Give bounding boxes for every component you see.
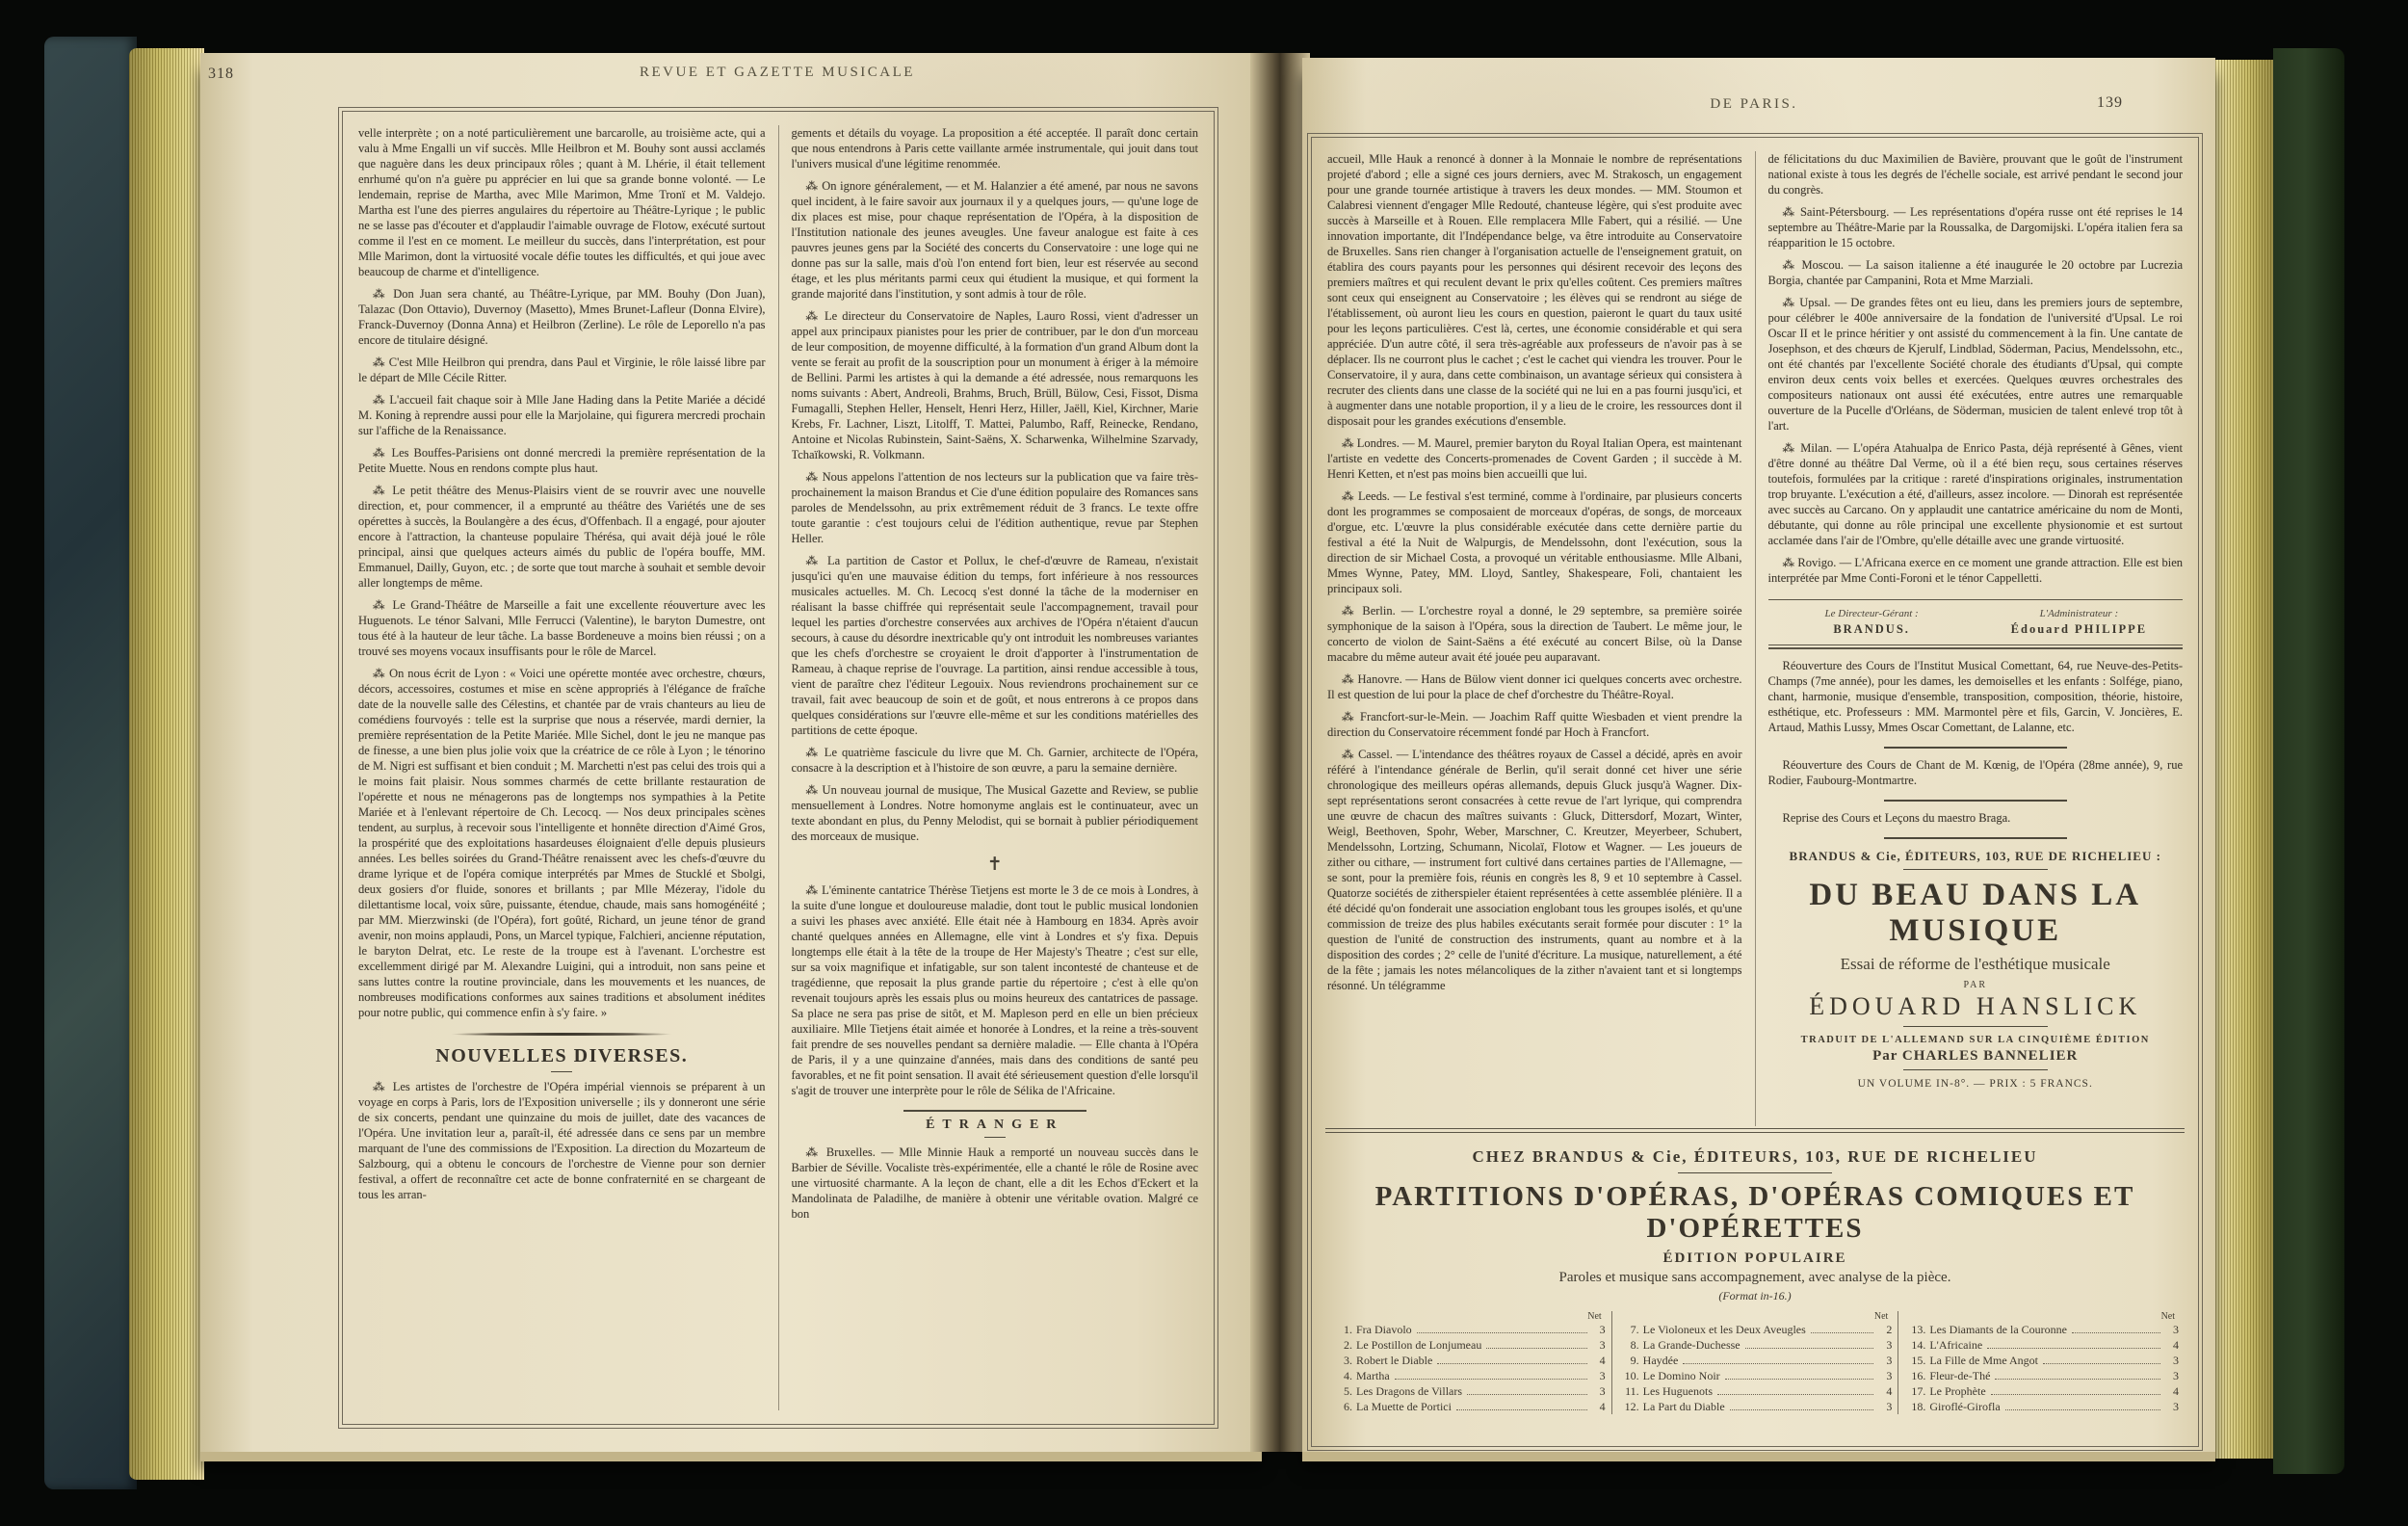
masthead-block: Le Directeur-Gérant : BRANDUS. L'Adminis… (1768, 599, 2184, 637)
net-price-header: Net (1618, 1311, 1893, 1322)
book-ad-translator: Par CHARLES BANNELIER (1768, 1048, 2184, 1065)
news-paragraph-list: ⁂ Don Juan sera chanté, au Théâtre-Lyriq… (358, 286, 766, 1020)
print-frame-right: accueil, Mlle Hauk a renoncé à donner à … (1311, 137, 2199, 1447)
catalog-row: 9. Haydée 3 (1618, 1353, 1893, 1368)
book-ad-author: ÉDOUARD HANSLICK (1768, 992, 2184, 1021)
catalog-item-title: La Fille de Mme Angot (1929, 1353, 2038, 1368)
administrator-name: Édouard PHILIPPE (1976, 622, 2183, 637)
column-divider-rule (778, 125, 779, 1410)
divider-rule (903, 1110, 1086, 1112)
news-paragraph: ⁂ Upsal. — De grandes fêtes ont eu lieu,… (1768, 295, 2184, 434)
dot-leader (1417, 1332, 1587, 1333)
catalog-column-1: Net 1. Fra Diavolo 3 (1325, 1311, 1611, 1414)
dot-leader (1730, 1409, 1874, 1410)
dot-leader (1395, 1379, 1587, 1380)
masthead-bottom-rule (1768, 645, 2184, 649)
catalog-item-price: 4 (2165, 1337, 2179, 1353)
catalog-header: CHEZ BRANDUS & Cie, ÉDITEURS, 103, RUE D… (1325, 1147, 2185, 1167)
news-paragraph: ⁂ Londres. — M. Maurel, premier baryton … (1327, 435, 1742, 482)
dot-leader (1683, 1363, 1873, 1364)
book-ad-translation-line: TRADUIT DE L'ALLEMAND SUR LA CINQUIÈME É… (1768, 1035, 2184, 1045)
dot-leader (1437, 1363, 1586, 1364)
book-ad-title: DU BEAU DANS LA MUSIQUE (1768, 878, 2184, 949)
net-price-header: Net (1331, 1311, 1606, 1322)
continuation-paragraph: gements et détails du voyage. La proposi… (792, 125, 1199, 171)
catalog-item-price: 3 (1878, 1399, 1892, 1414)
catalog-row: 15. La Fille de Mme Angot 3 (1904, 1353, 2179, 1368)
catalog-item-price: 3 (1592, 1337, 1606, 1353)
right-page-column-2: de félicitations du duc Maximilien de Ba… (1768, 151, 2184, 1126)
catalog-item-number: 11. (1618, 1383, 1639, 1399)
catalog-item-title: Le Prophète (1929, 1383, 1985, 1399)
catalog-rows: 7. Le Violoneux et les Deux Aveugles 2 8… (1618, 1322, 1893, 1414)
news-paragraph: ⁂ Francfort-sur-le-Mein. — Joachim Raff … (1327, 709, 1742, 740)
catalog-title: PARTITIONS D'OPÉRAS, D'OPÉRAS COMIQUES E… (1325, 1181, 2185, 1245)
course-notices-list: Réouverture des Cours de l'Institut Musi… (1768, 658, 2184, 839)
news-paragraph: ⁂ C'est Mlle Heilbron qui prendra, dans … (358, 355, 766, 385)
news-paragraph: ⁂ Rovigo. — L'Africana exerce en ce mome… (1768, 555, 2184, 586)
catalog-item-number: 15. (1904, 1353, 1925, 1368)
scanned-book-spread: 318 REVUE ET GAZETTE MUSICALE velle inte… (0, 0, 2408, 1526)
catalog-item-price: 3 (2165, 1353, 2179, 1368)
news-paragraph-list: ⁂ Bruxelles. — Mlle Minnie Hauk a rempor… (792, 1144, 1199, 1222)
catalog-item-price: 4 (1592, 1399, 1606, 1414)
news-paragraph: ⁂ On nous écrit de Lyon : « Voici une op… (358, 666, 766, 1020)
catalog-row: 16. Fleur-de-Thé 3 (1904, 1368, 2179, 1383)
news-paragraph: ⁂ Le Grand-Théâtre de Marseille a fait u… (358, 597, 766, 659)
news-paragraph: ⁂ Bruxelles. — Mlle Minnie Hauk a rempor… (792, 1144, 1199, 1222)
catalog-item-price: 3 (1878, 1353, 1892, 1368)
section-heading-nouvelles-diverses: NOUVELLES DIVERSES. (358, 1045, 766, 1067)
news-paragraph: ⁂ Moscou. — La saison italienne a été in… (1768, 257, 2184, 288)
catalog-item-number: 13. (1904, 1322, 1925, 1337)
catalog-item-title: Le Postillon de Lonjumeau (1356, 1337, 1481, 1353)
dot-leader (1717, 1394, 1873, 1395)
catalog-row: 18. Giroflé-Girofla 3 (1904, 1399, 2179, 1414)
catalog-item-title: Giroflé-Girofla (1929, 1399, 2000, 1414)
catalog-row: 10. Le Domino Noir 3 (1618, 1368, 1893, 1383)
catalog-item-title: Le Violoneux et les Deux Aveugles (1643, 1322, 1806, 1337)
publisher-line: BRANDUS & Cie, ÉDITEURS, 103, RUE DE RIC… (1768, 849, 2184, 864)
page-edges-left (129, 48, 204, 1480)
catalog-item-price: 4 (1878, 1383, 1892, 1399)
obituary-paragraph-list: ⁂ L'éminente cantatrice Thérèse Tietjens… (792, 882, 1199, 1098)
catalog-item-price: 3 (1592, 1383, 1606, 1399)
catalog-item-title: Les Huguenots (1643, 1383, 1713, 1399)
catalog-item-title: La Muette de Portici (1356, 1399, 1452, 1414)
catalog-item-number: 4. (1331, 1368, 1352, 1383)
catalog-row: 4. Martha 3 (1331, 1368, 1606, 1383)
catalog-item-title: Fleur-de-Thé (1929, 1368, 1990, 1383)
dot-leader (1467, 1394, 1587, 1395)
running-title-left: REVUE ET GAZETTE MUSICALE (342, 65, 1213, 81)
news-paragraph: ⁂ Berlin. — L'orchestre royal a donné, l… (1327, 603, 1742, 665)
course-notice-text: Réouverture des Cours de l'Institut Musi… (1768, 658, 2184, 735)
dot-leader (1456, 1409, 1587, 1410)
ad-rule (1903, 869, 2048, 870)
catalog-row: 13. Les Diamants de la Couronne 3 (1904, 1322, 2179, 1337)
catalog-item-number: 6. (1331, 1399, 1352, 1414)
catalog-row: 12. La Part du Diable 3 (1618, 1399, 1893, 1414)
dot-leader (1987, 1348, 2160, 1349)
right-page-columns: accueil, Mlle Hauk a renoncé à donner à … (1327, 151, 2183, 1126)
left-page-column-1: velle interprète ; on a noté particulièr… (358, 125, 766, 1410)
masthead-administrator: L'Administrateur : Édouard PHILIPPE (1976, 608, 2183, 637)
news-paragraph: ⁂ Hanovre. — Hans de Bülow vient donner … (1327, 671, 1742, 702)
divider-rule (1884, 800, 2067, 802)
section-heading-etranger: ÉTRANGER (792, 1118, 1199, 1133)
continuation-paragraph: de félicitations du duc Maximilien de Ba… (1768, 151, 2184, 197)
catalog-item-number: 2. (1331, 1337, 1352, 1353)
catalog-item-number: 9. (1618, 1353, 1639, 1368)
catalog-subtitle: Paroles et musique sans accompagnement, … (1325, 1270, 2185, 1286)
news-paragraph: ⁂ Un nouveau journal de musique, The Mus… (792, 782, 1199, 844)
double-rule-above-catalog (1325, 1128, 2185, 1133)
catalog-item-number: 3. (1331, 1353, 1352, 1368)
dot-leader (1811, 1332, 1874, 1333)
course-notice-text: Reprise des Cours et Leçons du maestro B… (1768, 810, 2184, 826)
director-name: BRANDUS. (1768, 622, 1976, 637)
news-paragraph: ⁂ Leeds. — Le festival s'est terminé, co… (1327, 488, 1742, 596)
catalog-item-number: 10. (1618, 1368, 1639, 1383)
ad-rule (1903, 1026, 2048, 1027)
dot-leader (1486, 1348, 1586, 1349)
print-frame-left: velle interprète ; on a noté particulièr… (342, 111, 1215, 1425)
course-notice: Réouverture des Cours de Chant de M. Kœn… (1768, 757, 2184, 802)
left-page-columns: velle interprète ; on a noté particulièr… (358, 125, 1198, 1410)
dot-leader (1995, 1379, 2160, 1380)
column-divider-rule (1755, 151, 1756, 1126)
catalog-item-title: Fra Diavolo (1356, 1322, 1412, 1337)
administrator-label: L'Administrateur : (1976, 608, 2183, 619)
catalog-item-title: La Grande-Duchesse (1643, 1337, 1741, 1353)
catalog-item-price: 3 (1878, 1337, 1892, 1353)
catalog-row: 11. Les Huguenots 4 (1618, 1383, 1893, 1399)
continuation-paragraph: accueil, Mlle Hauk a renoncé à donner à … (1327, 151, 1742, 429)
heading-dash (984, 1137, 1006, 1138)
catalog-item-title: Martha (1356, 1368, 1390, 1383)
catalog-item-price: 3 (2165, 1399, 2179, 1414)
course-notice: Reprise des Cours et Leçons du maestro B… (1768, 810, 2184, 839)
catalog-item-number: 16. (1904, 1368, 1925, 1383)
obituary-cross-icon: ✝ (792, 854, 1199, 876)
dot-leader (2072, 1332, 2160, 1333)
page-edges-right (2215, 60, 2273, 1459)
page-number-right: 139 (2097, 94, 2123, 112)
news-paragraph: ⁂ L'accueil fait chaque soir à Mlle Jane… (358, 392, 766, 438)
director-label: Le Directeur-Gérant : (1768, 608, 1976, 619)
book-gutter-shadow (1250, 53, 1310, 1452)
catalog-item-price: 4 (2165, 1383, 2179, 1399)
catalog-column-3: Net 13. Les Diamants de la Couronne 3 (1898, 1311, 2185, 1414)
divider-rule (1884, 747, 2067, 749)
right-page: DE PARIS. 139 accueil, Mlle Hauk a renon… (1302, 58, 2215, 1452)
news-paragraph: ⁂ Don Juan sera chanté, au Théâtre-Lyriq… (358, 286, 766, 348)
obituary-paragraph: ⁂ L'éminente cantatrice Thérèse Tietjens… (792, 882, 1199, 1098)
catalog-item-title: Haydée (1643, 1353, 1679, 1368)
news-paragraph: ⁂ Le directeur du Conservatoire de Naple… (792, 308, 1199, 462)
news-paragraph-list: ⁂ Londres. — M. Maurel, premier baryton … (1327, 435, 1742, 993)
book-cover-left (44, 37, 137, 1489)
heading-dash (551, 1071, 572, 1072)
book-ad-par: PAR (1768, 980, 2184, 990)
catalog-item-number: 7. (1618, 1322, 1639, 1337)
catalog-rows: 13. Les Diamants de la Couronne 3 14. L'… (1904, 1322, 2179, 1414)
catalog-item-number: 18. (1904, 1399, 1925, 1414)
catalog-item-title: L'Africaine (1929, 1337, 1982, 1353)
catalog-item-price: 2 (1878, 1322, 1892, 1337)
catalog-item-price: 3 (2165, 1368, 2179, 1383)
dot-leader (2043, 1363, 2160, 1364)
dot-leader (1745, 1348, 1874, 1349)
catalog-row: 14. L'Africaine 4 (1904, 1337, 2179, 1353)
dot-leader (1725, 1379, 1874, 1380)
catalog-item-title: Les Dragons de Villars (1356, 1383, 1462, 1399)
dot-leader (2005, 1409, 2160, 1410)
catalog-item-price: 3 (1878, 1368, 1892, 1383)
ad-rule (1678, 1172, 1832, 1173)
catalog-row: 2. Le Postillon de Lonjumeau 3 (1331, 1337, 1606, 1353)
news-paragraph-list: ⁂ Saint-Pétersbourg. — Les représentatio… (1768, 204, 2184, 586)
catalog-row: 6. La Muette de Portici 4 (1331, 1399, 1606, 1414)
page-number-left: 318 (208, 66, 234, 83)
continuation-paragraph: velle interprète ; on a noté particulièr… (358, 125, 766, 279)
catalog-item-title: Robert le Diable (1356, 1353, 1432, 1368)
divider-rule (1884, 837, 2067, 839)
book-cover-right (2273, 48, 2344, 1474)
catalog-item-number: 17. (1904, 1383, 1925, 1399)
catalog-edition-line: ÉDITION POPULAIRE (1325, 1250, 2185, 1267)
dot-leader (1991, 1394, 2160, 1395)
left-page: 318 REVUE ET GAZETTE MUSICALE velle inte… (200, 53, 1262, 1452)
catalog-item-number: 14. (1904, 1337, 1925, 1353)
catalog-item-price: 4 (1592, 1353, 1606, 1368)
catalog-item-price: 3 (1592, 1368, 1606, 1383)
catalog-rows: 1. Fra Diavolo 3 2. Le Postillon de Lonj… (1331, 1322, 1606, 1414)
news-paragraph: ⁂ On ignore généralement, — et M. Halanz… (792, 178, 1199, 302)
news-paragraph: ⁂ La partition de Castor et Pollux, le c… (792, 553, 1199, 738)
masthead-director: Le Directeur-Gérant : BRANDUS. (1768, 608, 1976, 637)
book-ad-price-line: UN VOLUME IN-8°. — PRIX : 5 FRANCS. (1768, 1078, 2184, 1090)
news-paragraph: ⁂ Le quatrième fascicule du livre que M.… (792, 745, 1199, 776)
news-paragraph-list: ⁂ Les artistes de l'orchestre de l'Opéra… (358, 1079, 766, 1202)
news-paragraph: ⁂ Le petit théâtre des Menus-Plaisirs vi… (358, 483, 766, 591)
hanslick-book-ad: BRANDUS & Cie, ÉDITEURS, 103, RUE DE RIC… (1768, 849, 2184, 1090)
book-ad-subtitle: Essai de réforme de l'esthétique musical… (1768, 955, 2184, 974)
catalog-item-price: 3 (1592, 1322, 1606, 1337)
net-price-header: Net (1904, 1311, 2179, 1322)
course-notice: Réouverture des Cours de l'Institut Musi… (1768, 658, 2184, 749)
news-paragraph: ⁂ Les artistes de l'orchestre de l'Opéra… (358, 1079, 766, 1202)
catalog-item-number: 1. (1331, 1322, 1352, 1337)
catalog-item-title: Le Domino Noir (1643, 1368, 1720, 1383)
news-paragraph-list: ⁂ On ignore généralement, — et M. Halanz… (792, 178, 1199, 844)
course-notice-text: Réouverture des Cours de Chant de M. Kœn… (1768, 757, 2184, 788)
catalog-row: 17. Le Prophète 4 (1904, 1383, 2179, 1399)
right-page-column-1: accueil, Mlle Hauk a renoncé à donner à … (1327, 151, 1742, 1126)
catalog-row: 3. Robert le Diable 4 (1331, 1353, 1606, 1368)
catalog-item-number: 12. (1618, 1399, 1639, 1414)
catalog-item-title: Les Diamants de la Couronne (1929, 1322, 2067, 1337)
news-paragraph: ⁂ Milan. — L'opéra Atahualpa de Enrico P… (1768, 440, 2184, 548)
catalog-row: 5. Les Dragons de Villars 3 (1331, 1383, 1606, 1399)
catalog-row: 8. La Grande-Duchesse 3 (1618, 1337, 1893, 1353)
catalog-column-2: Net 7. Le Violoneux et les Deux Aveugles… (1611, 1311, 1898, 1414)
catalog-row: 1. Fra Diavolo 3 (1331, 1322, 1606, 1337)
brandus-catalog-ad: CHEZ BRANDUS & Cie, ÉDITEURS, 103, RUE D… (1325, 1140, 2185, 1438)
news-paragraph: ⁂ Cassel. — L'intendance des théâtres ro… (1327, 747, 1742, 993)
left-page-column-2: gements et détails du voyage. La proposi… (792, 125, 1199, 1410)
ad-rule (1903, 1069, 2048, 1070)
catalog-item-number: 8. (1618, 1337, 1639, 1353)
catalog-item-title: La Part du Diable (1643, 1399, 1725, 1414)
catalog-row: 7. Le Violoneux et les Deux Aveugles 2 (1618, 1322, 1893, 1337)
catalog-item-number: 5. (1331, 1383, 1352, 1399)
news-paragraph: ⁂ Les Bouffes-Parisiens ont donné mercre… (358, 445, 766, 476)
tapered-divider-rule (451, 1033, 672, 1036)
catalog-item-price: 3 (2165, 1322, 2179, 1337)
news-paragraph: ⁂ Nous appelons l'attention de nos lecte… (792, 469, 1199, 546)
running-title-right: DE PARIS. (1311, 96, 2197, 113)
catalog-format-line: (Format in-16.) (1325, 1289, 2185, 1303)
news-paragraph: ⁂ Saint-Pétersbourg. — Les représentatio… (1768, 204, 2184, 250)
catalog-price-table: Net 1. Fra Diavolo 3 (1325, 1311, 2185, 1414)
